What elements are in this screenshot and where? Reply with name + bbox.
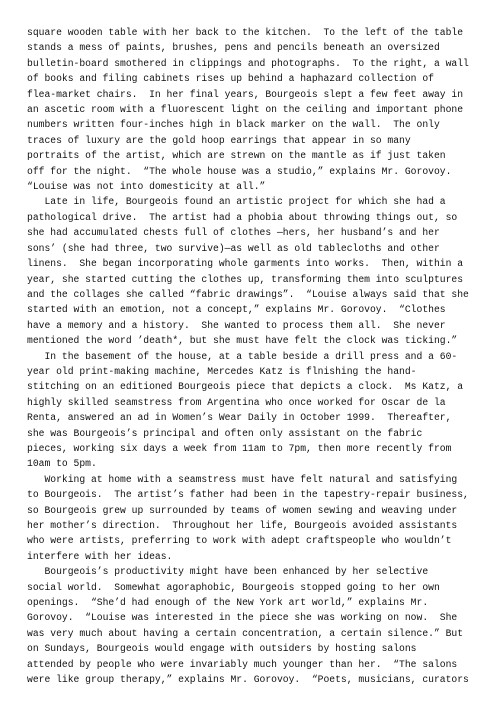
paragraph: In the basement of the house, at a table… — [27, 349, 474, 472]
document-text: square wooden table with her back to the… — [27, 25, 474, 687]
paragraph: square wooden table with her back to the… — [27, 25, 474, 194]
paragraph: Working at home with a seamstress must h… — [27, 472, 474, 564]
paragraph: Late in life, Bourgeois found an artisti… — [27, 194, 474, 348]
paragraph: Bourgeois’s productivity might have been… — [27, 564, 474, 687]
document-page: square wooden table with her back to the… — [0, 0, 500, 708]
